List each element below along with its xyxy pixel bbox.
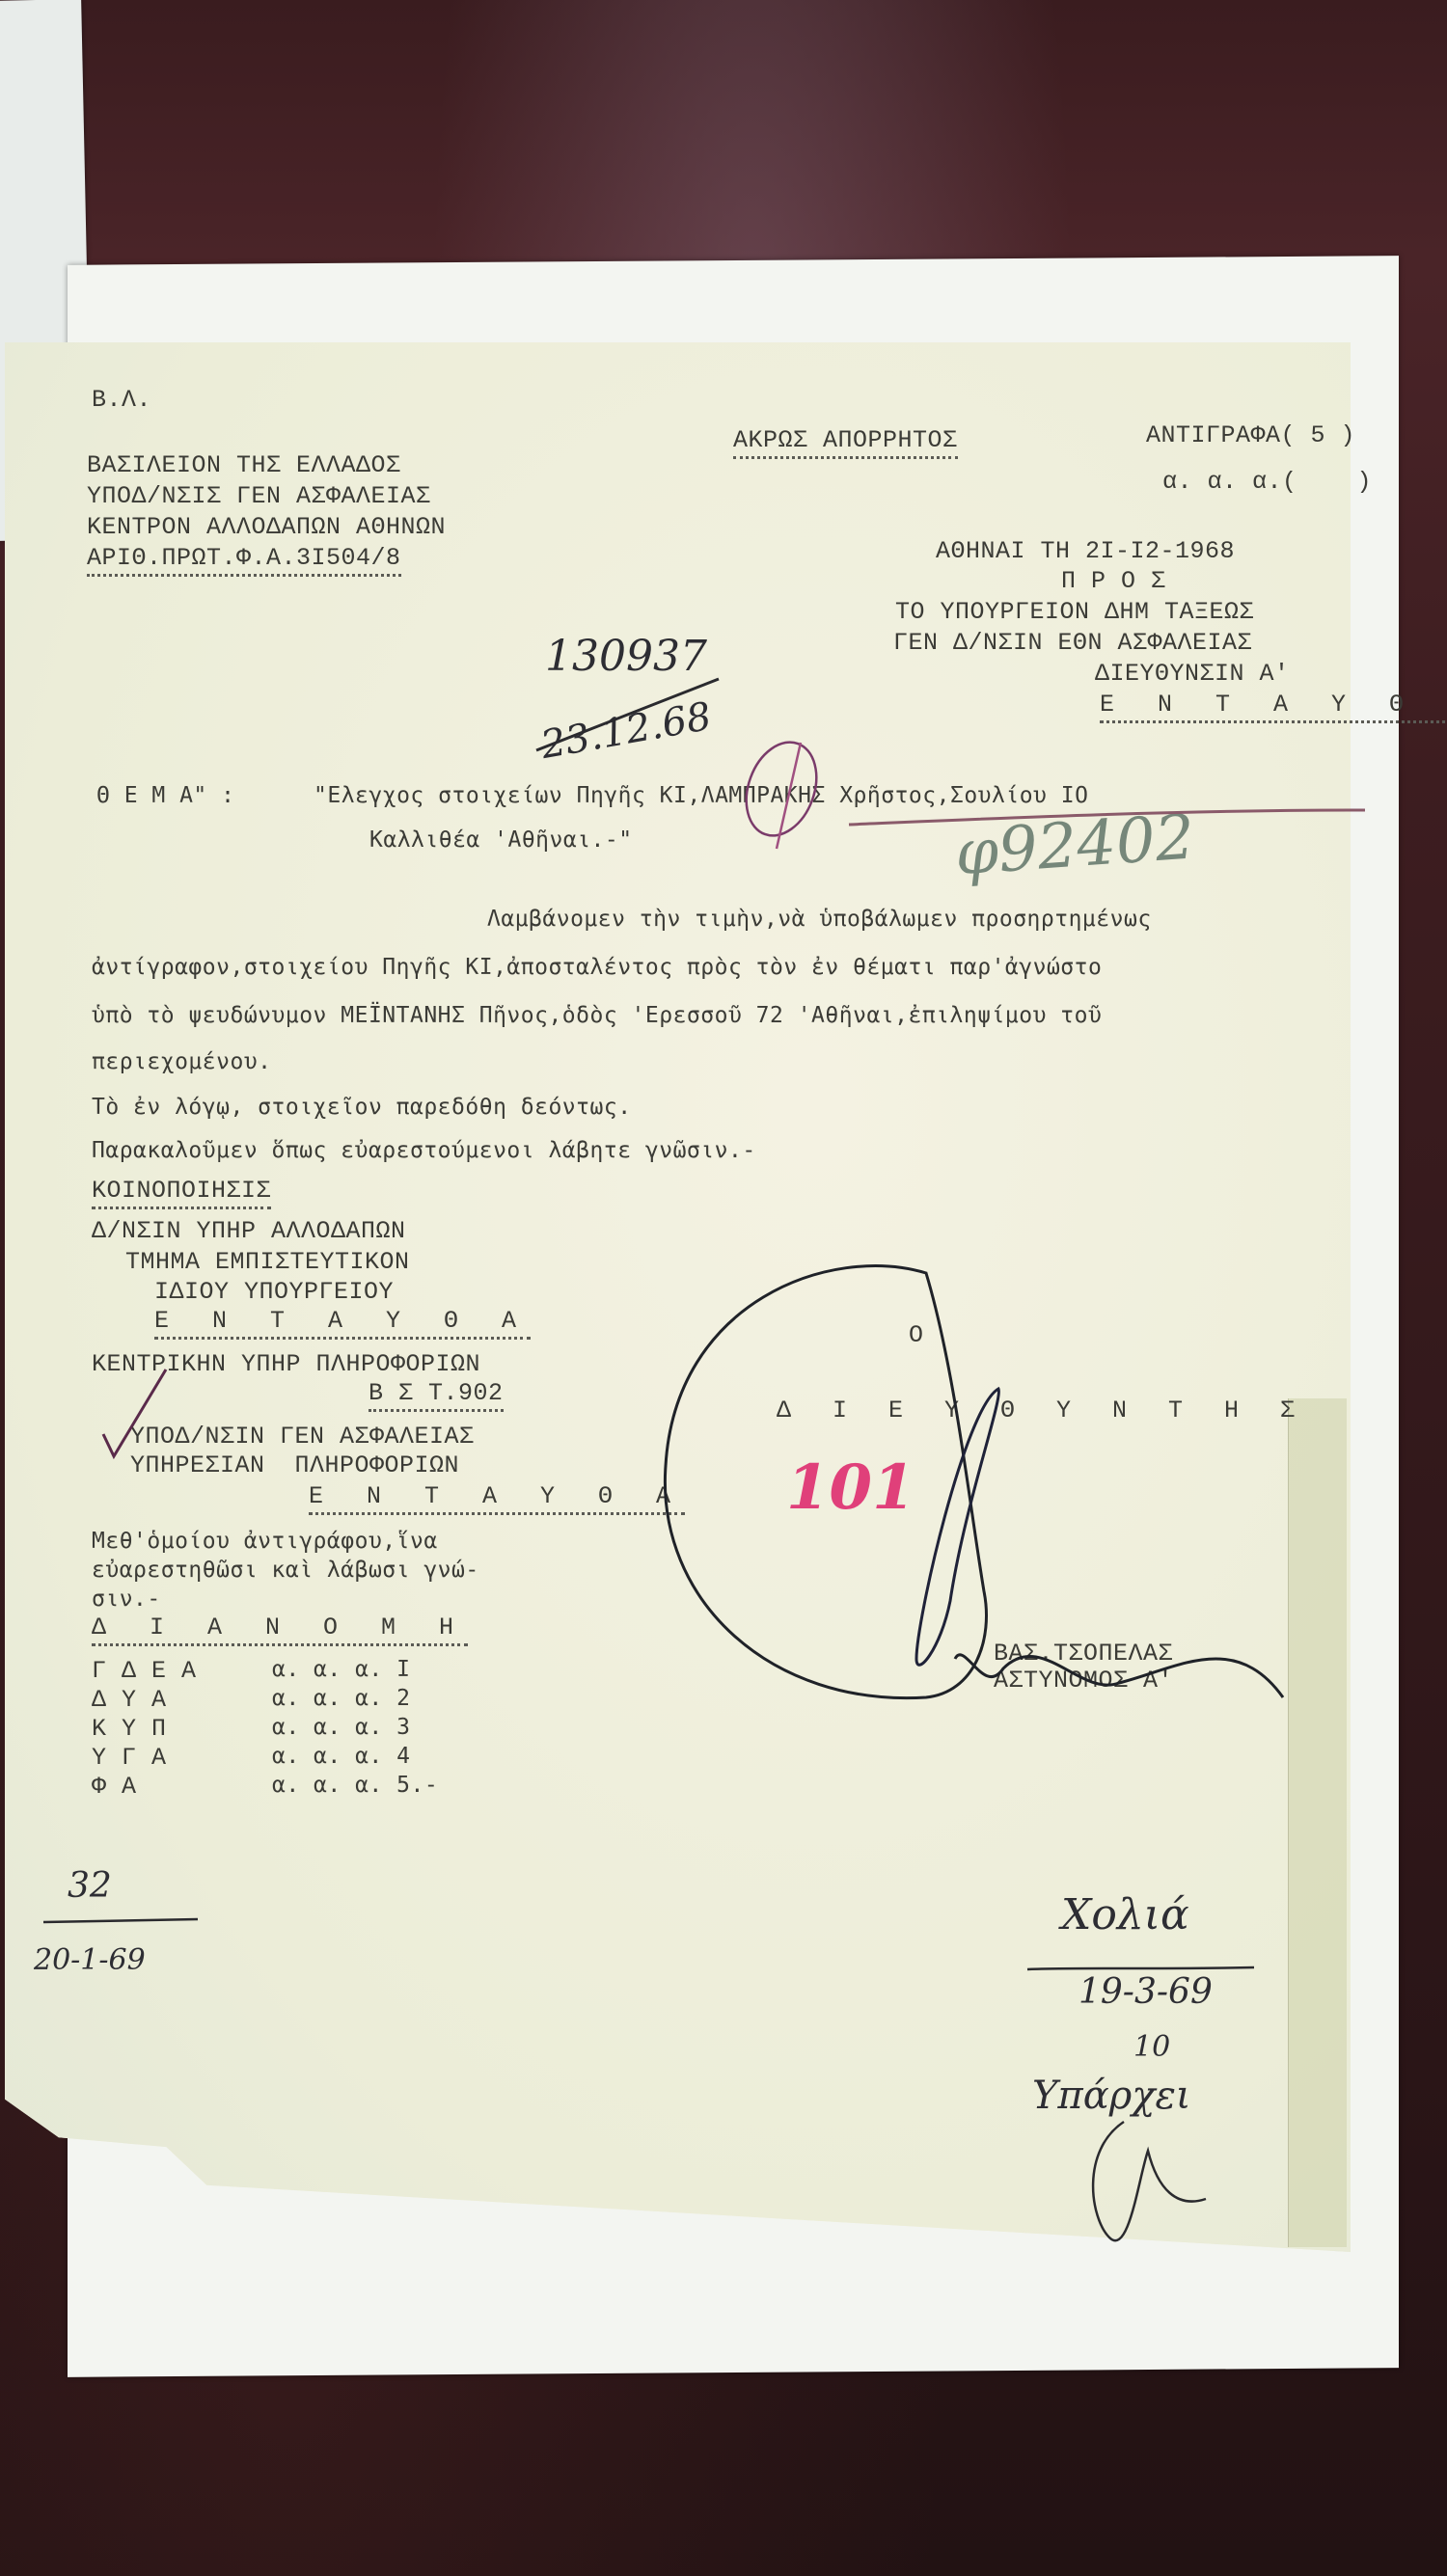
distribution-dept: Κ Υ Π [92, 1715, 167, 1743]
signatory-rank: ΑΣΤΥΝΟΜΟΣ Α' [994, 1667, 1173, 1695]
notify-location: Ε Ν Τ Α Υ Θ Α [309, 1482, 685, 1515]
recipient-line: ΤΟ ΥΠΟΥΡΓΕΙΟΝ ΔΗΜ ΤΑΞΕΩΣ [895, 598, 1254, 626]
body-line: Τὸ ἐν λόγῳ, στοιχεῖον παρεδόθη δεόντως. [92, 1095, 632, 1120]
copies-count: ΑΝΤΙΓΡΑΦΑ( 5 ) [1146, 421, 1355, 449]
notify-line: ΤΜΗΜΑ ΕΜΠΙΣΤΕΥΤΙΚΟΝ [125, 1248, 410, 1276]
date-line: ΑΘΗΝΑΙ ΤΗ 2Ι-Ι2-1968 [936, 537, 1235, 565]
notify-line: Δ/ΝΣΙΝ ΥΠΗΡ ΑΛΛΟΔΑΠΩΝ [92, 1217, 406, 1245]
signature-title: Δ Ι Ε Υ Θ Υ Ν Τ Η Σ [777, 1396, 1308, 1424]
authority-line: ΒΑΣΙΛΕΙΟΝ ΤΗΣ ΕΛΛΑΔΟΣ [87, 451, 401, 479]
archive-date: 19-3-69 [1078, 1972, 1213, 2012]
distribution-copy: α. α. α. 5.- [272, 1773, 438, 1798]
subject-line-1: "Ελεγχος στοιχείων Πηγῆς ΚΙ,ΛΑΜΠΡΑΚΗΣ Χρ… [314, 783, 1088, 808]
distribution-copy: α. α. α. 2 [272, 1686, 410, 1711]
body-line: Παρακαλοῦμεν ὅπως εὐαρεστούμενοι λάβητε … [92, 1138, 756, 1163]
copy-serial: α. α. α.( ) [1162, 468, 1372, 496]
registry-number: 130937 [545, 632, 707, 681]
archive-note: Χολιά [1061, 1890, 1189, 1939]
recipient-location: Ε Ν Τ Α Υ Θ Α [1100, 691, 1447, 723]
initials: Β.Λ. [92, 386, 151, 414]
signature-article: Ο [909, 1321, 924, 1349]
subject-line-2: Καλλιθέα 'Αθῆναι.-" [369, 827, 633, 853]
distribution-dept: Υ Γ Α [92, 1744, 167, 1772]
notify-code: Β Σ Τ.902 [369, 1379, 504, 1412]
notify-line: ΥΠΗΡΕΣΙΑΝ ΠΛΗΡΟΦΟΡΙΩΝ [130, 1451, 459, 1479]
recipient-line: ΔΙΕΥΘΥΝΣΙΝ Α' [1095, 660, 1290, 688]
bottom-left-number: 32 [68, 1866, 112, 1906]
bottom-left-date: 20-1-69 [34, 1943, 146, 1977]
authority-line: ΥΠΟΔ/ΝΣΙΣ ΓΕΝ ΑΣΦΑΛΕΙΑΣ [87, 482, 431, 510]
body-line: περιεχομένου. [92, 1049, 272, 1074]
to-label: Π Ρ Ο Σ [1061, 567, 1166, 595]
subject-label: Θ Ε Μ Α" : [96, 783, 234, 808]
body-line: Λαμβάνομεν τὴν τιμὴν,νὰ ὑποβάλωμεν προση… [487, 907, 1152, 932]
body-line: ἀντίγραφον,στοιχείου Πηγῆς ΚΙ,ἀποσταλέντ… [92, 955, 1102, 980]
distribution-copy: α. α. α. 3 [272, 1715, 410, 1740]
note-line: σιν.- [92, 1586, 161, 1612]
notify-line: ΥΠΟΔ/ΝΣΙΝ ΓΕΝ ΑΣΦΑΛΕΙΑΣ [130, 1423, 475, 1451]
distribution-heading: Δ Ι Α Ν Ο Μ Η [92, 1613, 468, 1646]
notify-line: ΚΕΝΤΡΙΚΗΝ ΥΠΗΡ ΠΛΗΡΟΦΟΡΙΩΝ [92, 1350, 480, 1378]
notify-line: ΙΔΙΟΥ ΥΠΟΥΡΓΕΙΟΥ [154, 1278, 394, 1306]
distribution-copy: α. α. α. Ι [272, 1657, 410, 1682]
distribution-dept: Δ Υ Α [92, 1686, 167, 1714]
recipient-line: ΓΕΝ Δ/ΝΣΙΝ ΕΘΝ ΑΣΦΑΛΕΙΑΣ [893, 629, 1252, 657]
distribution-copy: α. α. α. 4 [272, 1744, 410, 1769]
archive-count: 10 [1133, 2030, 1170, 2064]
archive-status: Υπάρχει [1032, 2074, 1191, 2118]
classification-stamp: ΑΚΡΩΣ ΑΠΟΡΡΗΤΟΣ [733, 426, 958, 459]
pink-annotation: 101 [786, 1451, 915, 1524]
notify-heading: ΚΟΙΝΟΠΟΙΗΣΙΣ [92, 1177, 271, 1209]
signatory-name: ΒΑΣ.ΤΣΟΠΕΛΑΣ [994, 1640, 1173, 1668]
notify-location: Ε Ν Τ Α Υ Θ Α [154, 1307, 531, 1340]
protocol-number: ΑΡΙΘ.ΠΡΩΤ.Φ.Α.3Ι504/8 [87, 544, 401, 577]
distribution-dept: Γ Δ Ε Α [92, 1657, 197, 1685]
tape-strip [1288, 1398, 1347, 2247]
note-line: εὐαρεστηθῶσι καὶ λάβωσι γνώ- [92, 1558, 479, 1583]
distribution-dept: Φ Α [92, 1773, 137, 1801]
authority-line: ΚΕΝΤΡΟΝ ΑΛΛΟΔΑΠΩΝ ΑΘΗΝΩΝ [87, 513, 446, 541]
note-line: Μεθ'ὁμοίου ἀντιγράφου,ἵνα [92, 1529, 438, 1554]
body-line: ὑπὸ τὸ ψευδώνυμον ΜΕΪΝΤΑΝΗΣ Πῆνος,ὁδὸς '… [92, 1003, 1102, 1028]
